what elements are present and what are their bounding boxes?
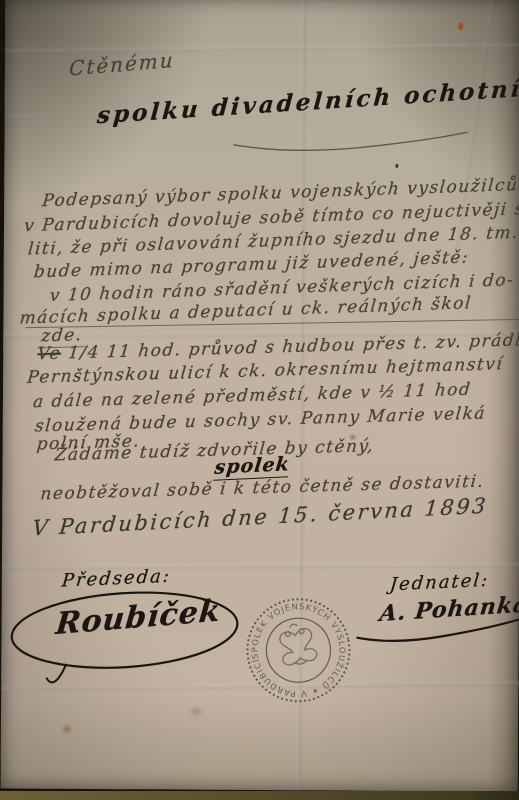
table-edge: [0, 791, 519, 800]
paper-sheet: Ctěnému spolku divadelních ochotníků Pod…: [1, 0, 519, 792]
society-stamp: SPOLEK VOJENSKÝCH VYSLOUŽILCŮ ✶ V PARDUB…: [229, 581, 368, 720]
secretary-underline-flourish: [353, 614, 519, 647]
addressee-underline-flourish: [229, 125, 474, 158]
addressee-line: spolku divadelních ochotníků: [96, 73, 519, 130]
struck-word: Ve: [36, 344, 62, 365]
secretary-label: Jednatel:: [389, 570, 490, 596]
stamp-eagle-emblem: [276, 621, 318, 668]
brown-stain-bottom: [63, 726, 71, 733]
orange-speck: [458, 22, 463, 30]
fold-crease-top: [5, 44, 519, 53]
salutation: Ctěnému: [69, 48, 175, 81]
ink-dot: [395, 164, 398, 168]
fold-crease-lower: [2, 564, 519, 569]
document-photo: Ctěnému spolku divadelních ochotníků Pod…: [0, 0, 519, 800]
smudge-bottom-left: [191, 709, 201, 715]
